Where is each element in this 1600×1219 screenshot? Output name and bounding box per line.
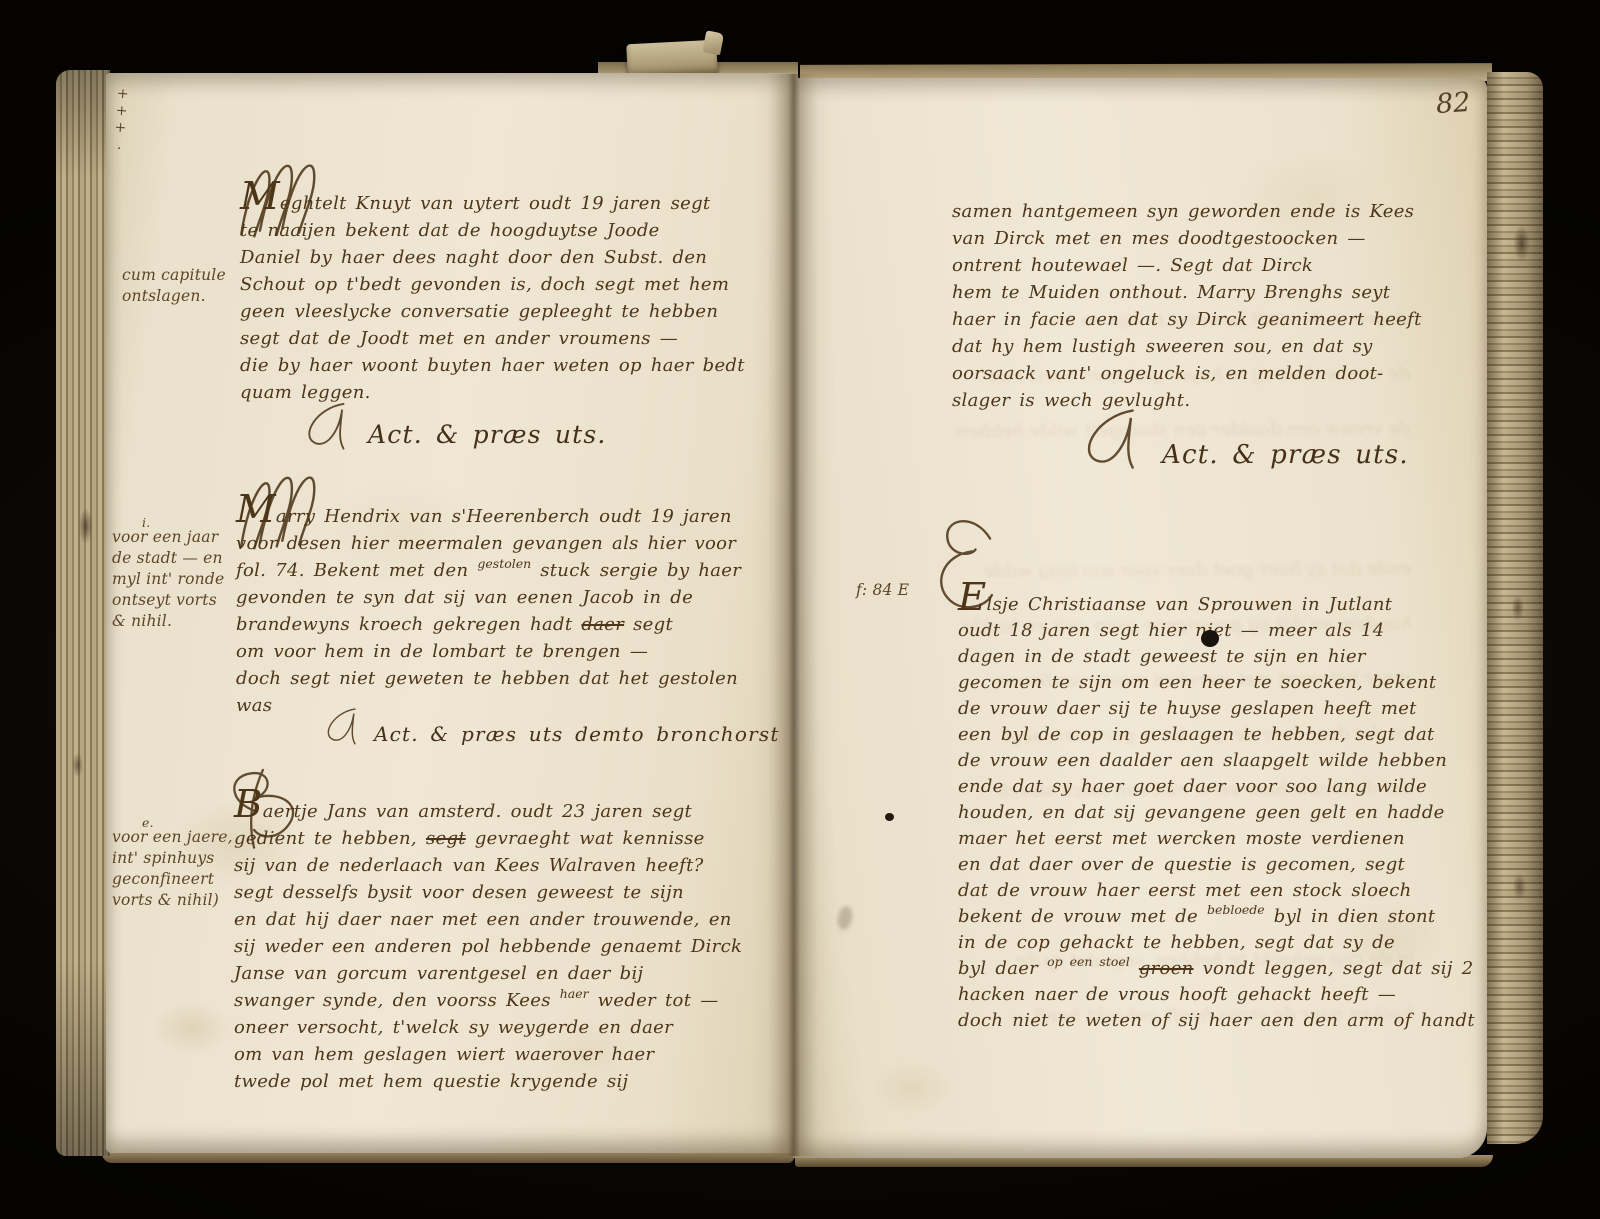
struck-word: segt [426, 828, 466, 849]
entry-1-text: Meghtelt Knuyt van uytert oudt 19 jaren … [240, 190, 775, 406]
cross-mark: + [114, 103, 129, 121]
book-gutter [768, 74, 818, 1156]
act-flourish [1072, 402, 1164, 478]
entry-3-text: Baertje Jans van amsterd. oudt 23 jaren … [234, 798, 774, 1095]
manuscript-photograph: dagen in de stadt geweest te sijn en hie… [0, 0, 1600, 1219]
left-page-edges [56, 70, 110, 1156]
act-praesentibus-note-3: Act. & præs uts. [1162, 440, 1409, 470]
ink-blot [1201, 630, 1219, 647]
entry-4-text: samen hantgemeen syn geworden ende is Ke… [952, 198, 1452, 414]
entry-5-text: Elsje Christiaanse van Sprouwen in Jutla… [958, 592, 1468, 1034]
cross-mark: + [115, 86, 130, 104]
act-praesentibus-note-2: Act. & præs uts demto bronchorst [374, 722, 780, 746]
ink-spot [885, 813, 894, 821]
cross-mark: . [112, 136, 127, 154]
act-praesentibus-note-1: Act. & præs uts. [368, 420, 607, 449]
act-flourish [296, 398, 368, 456]
struck-word: daer [581, 614, 624, 635]
cross-mark: + [113, 120, 128, 138]
act-flourish [318, 704, 374, 750]
right-page-edges [1487, 72, 1543, 1144]
struck-word: groen [1139, 958, 1194, 979]
bookmark-tab-fold [702, 30, 724, 55]
page-number: 82 [1435, 87, 1471, 120]
interlinear-insertion: op een stoel [1047, 954, 1130, 969]
interlinear-insertion: gestolen [477, 556, 531, 571]
interlinear-insertion: haer [560, 986, 589, 1001]
interlinear-insertion: bebloede [1207, 902, 1265, 917]
entry-2-text: Marry Hendrix van s'Heerenberch oudt 19 … [236, 503, 771, 719]
